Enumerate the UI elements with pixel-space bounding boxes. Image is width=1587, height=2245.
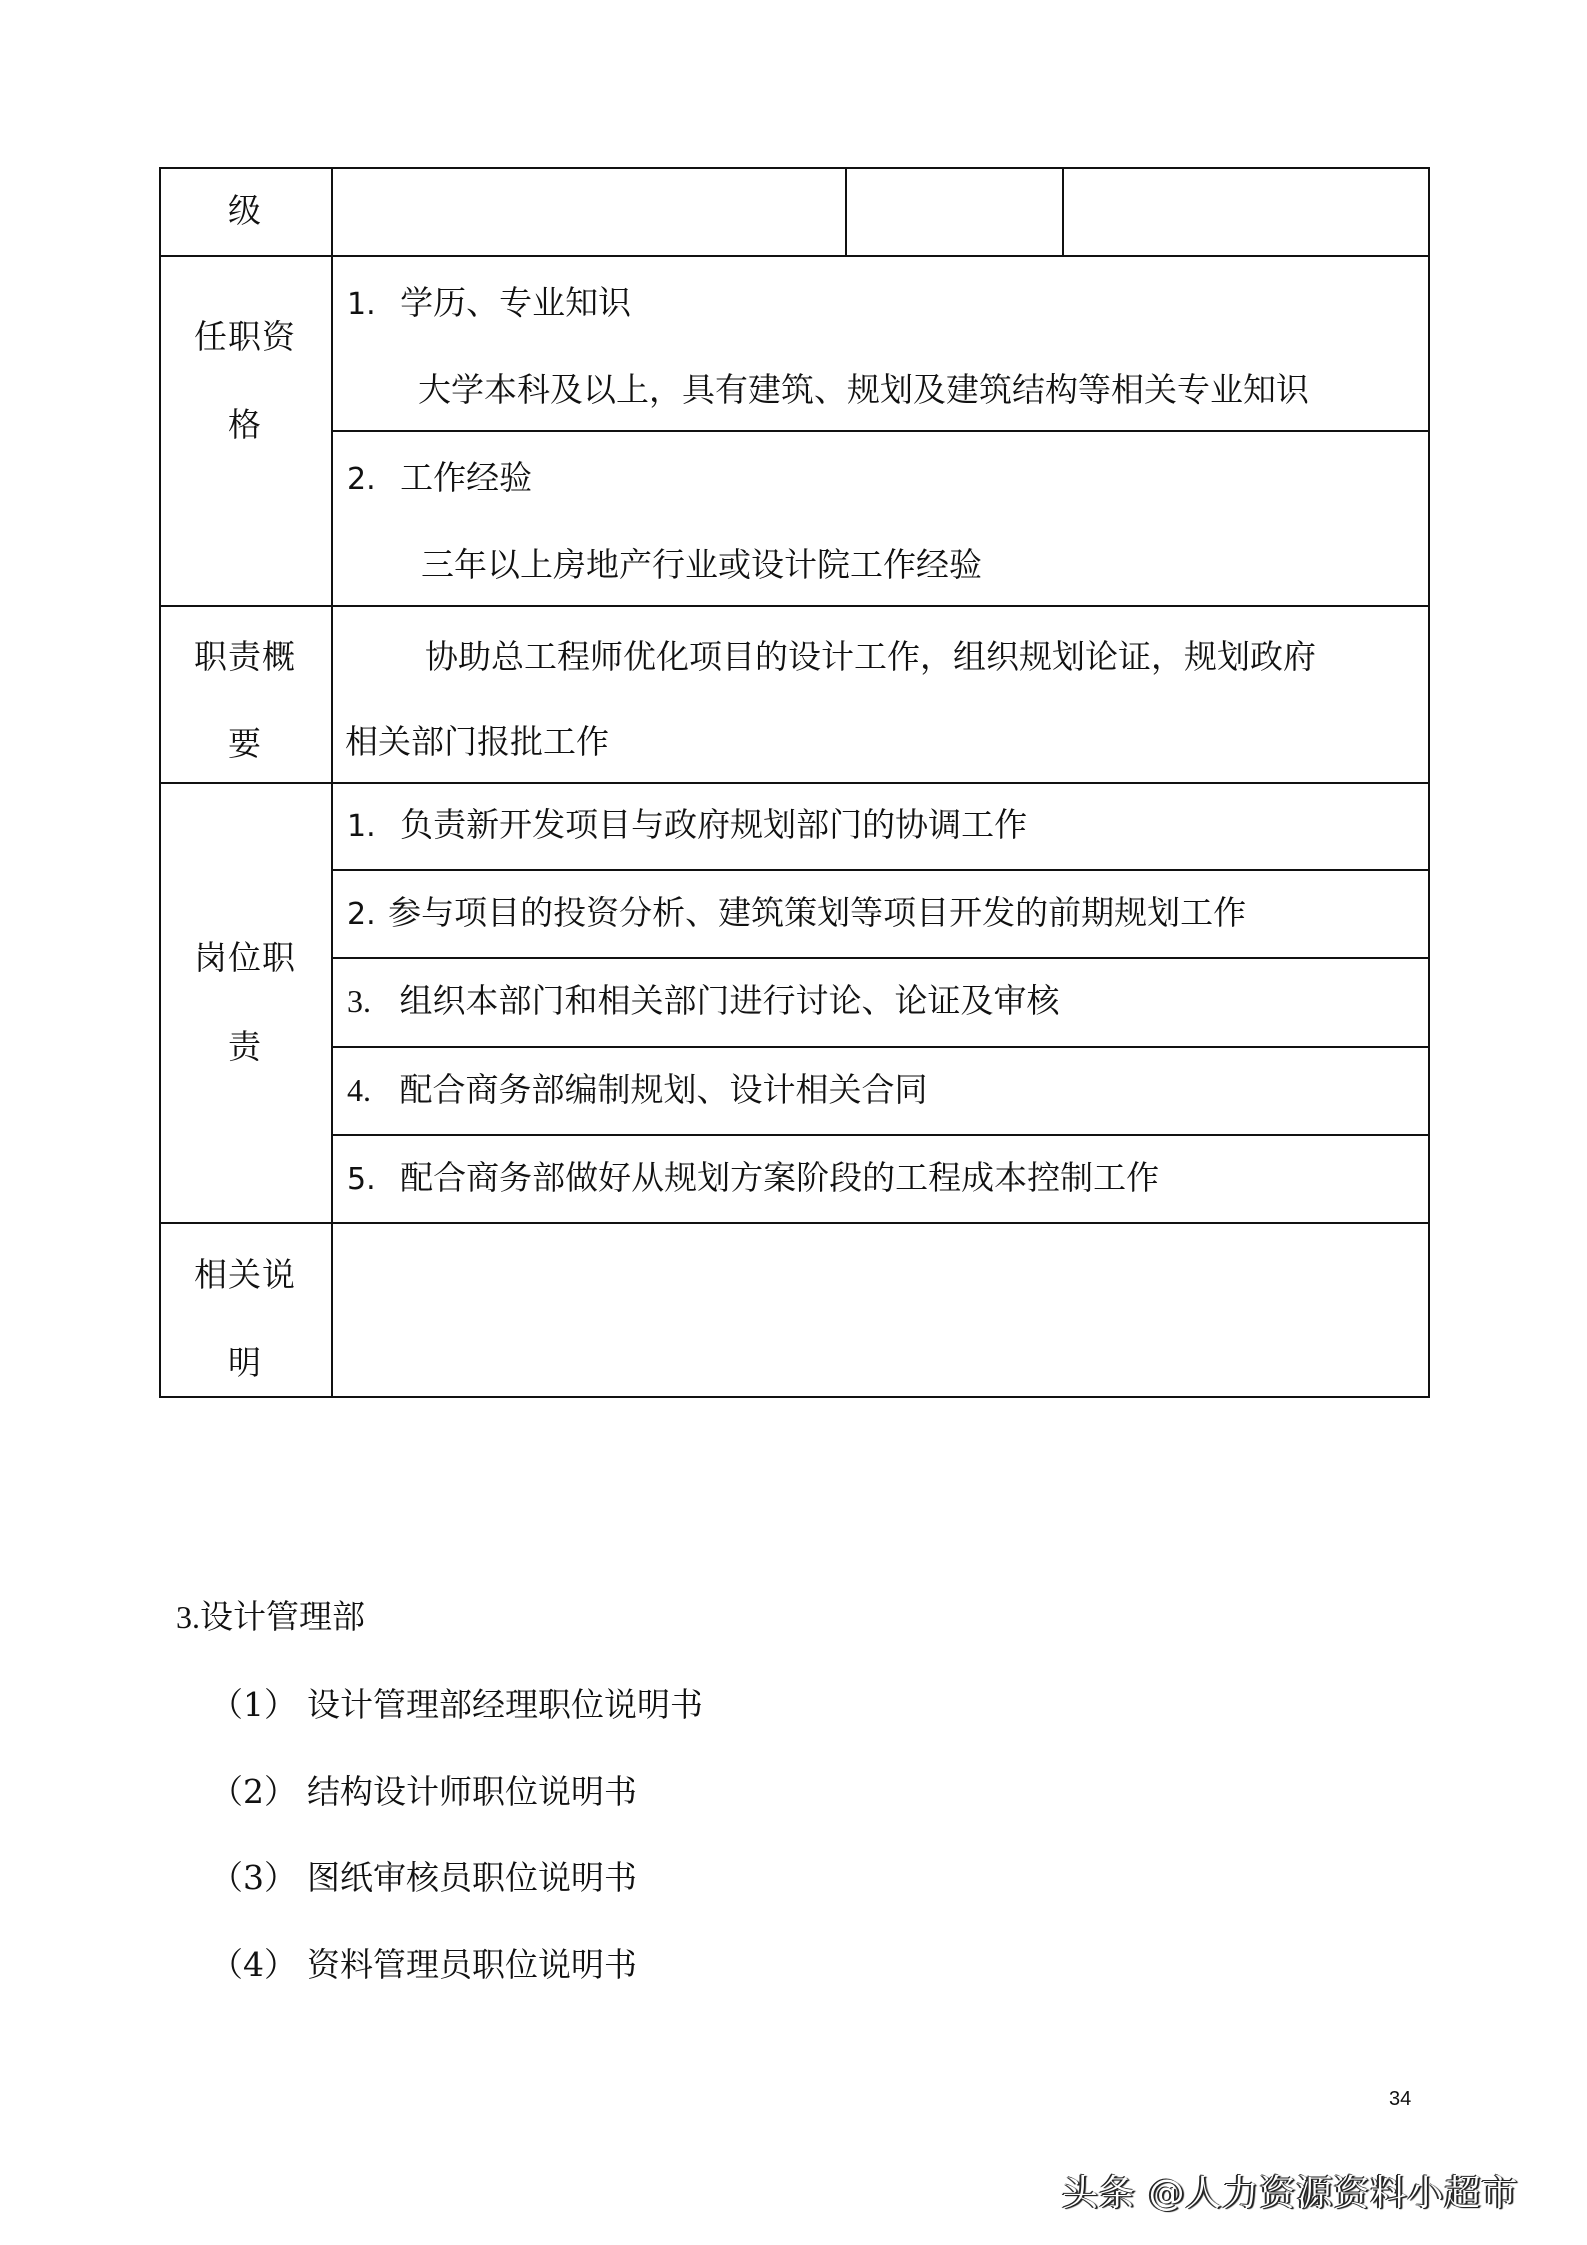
duty-item-5: 5. 配合商务部做好从规划方案阶段的工程成本控制工作	[347, 1158, 1159, 1200]
item-text: 参与项目的投资分析、建筑策划等项目开发的前期规划工作	[388, 893, 1246, 932]
item-text: 组织本部门和相关部门进行讨论、论证及审核	[400, 981, 1060, 1020]
row-line	[159, 605, 1430, 607]
section-number: 3.	[176, 1599, 200, 1635]
item-text: 配合商务部编制规划、设计相关合同	[400, 1070, 928, 1109]
item-number: 1.	[347, 809, 376, 844]
qualification-item-1-detail: 大学本科及以上，具有建筑、规划及建筑结构等相关专业知识	[418, 370, 1309, 410]
grade-label: 级	[159, 191, 331, 231]
item-number: （3）	[210, 1858, 307, 1898]
subrow-line	[331, 957, 1430, 959]
section-title: 设计管理部	[200, 1597, 365, 1636]
notes-label-line2: 明	[159, 1343, 331, 1383]
section-item-1: （1）设计管理部经理职位说明书	[210, 1685, 703, 1725]
item-number: 5.	[347, 1162, 376, 1197]
item-number: （2）	[210, 1772, 307, 1812]
section-item-4: （4）资料管理员职位说明书	[210, 1945, 637, 1985]
duty-item-4: 4. 配合商务部编制规划、设计相关合同	[347, 1070, 928, 1110]
item-number: 4.	[347, 1072, 371, 1108]
watermark: 头条 @人力资源资料小超市	[1062, 2170, 1518, 2218]
item-title: 学历、专业知识	[400, 283, 631, 322]
page-number: 34	[1389, 2086, 1411, 2112]
subrow-line	[331, 1046, 1430, 1048]
notes-label-line1: 相关说	[159, 1255, 331, 1295]
item-number: 2.	[347, 462, 376, 497]
section-item-3: （3）图纸审核员职位说明书	[210, 1858, 637, 1898]
duty-item-3: 3. 组织本部门和相关部门进行讨论、论证及审核	[347, 981, 1060, 1021]
duties-label-line1: 岗位职	[159, 938, 331, 978]
summary-text-line2: 相关部门报批工作	[345, 722, 609, 762]
item-text: 负责新开发项目与政府规划部门的协调工作	[400, 805, 1027, 844]
qualification-item-1-title: 1. 学历、专业知识	[347, 283, 631, 325]
item-text: 设计管理部经理职位说明书	[307, 1685, 703, 1724]
item-text: 图纸审核员职位说明书	[307, 1858, 637, 1897]
item-number: 1.	[347, 287, 376, 322]
duty-item-1: 1. 负责新开发项目与政府规划部门的协调工作	[347, 805, 1027, 847]
duties-label-line2: 责	[159, 1027, 331, 1067]
subrow-line	[331, 869, 1430, 871]
grade-value-cell	[333, 169, 845, 255]
grade-cell-2	[847, 169, 1062, 255]
qualification-label-line1: 任职资	[159, 317, 331, 357]
item-number: 2.	[347, 897, 376, 932]
subrow-line	[331, 1134, 1430, 1136]
section-heading: 3.设计管理部	[176, 1597, 365, 1637]
item-text: 配合商务部做好从规划方案阶段的工程成本控制工作	[400, 1158, 1159, 1197]
item-text: 结构设计师职位说明书	[307, 1772, 637, 1811]
item-number: （1）	[210, 1685, 307, 1725]
table-border-bottom	[159, 1396, 1430, 1398]
section-item-2: （2）结构设计师职位说明书	[210, 1772, 637, 1812]
summary-text-line1: 协助总工程师优化项目的设计工作，组织规划论证，规划政府	[425, 637, 1316, 677]
item-number: （4）	[210, 1945, 307, 1985]
qualification-label-line2: 格	[159, 405, 331, 445]
duty-item-2: 2. 参与项目的投资分析、建筑策划等项目开发的前期规划工作	[347, 893, 1246, 935]
subrow-line	[331, 430, 1430, 432]
row-line	[159, 255, 1430, 257]
job-description-table: 级 任职资 格 1. 学历、专业知识 大学本科及以上，具有建筑、规划及建筑结构等…	[159, 167, 1428, 1397]
qualification-item-2-detail: 三年以上房地产行业或设计院工作经验	[421, 545, 982, 585]
grade-cell-3	[1064, 169, 1428, 255]
item-text: 资料管理员职位说明书	[307, 1945, 637, 1984]
qualification-item-2-title: 2. 工作经验	[347, 458, 532, 500]
item-number: 3.	[347, 983, 371, 1019]
summary-label-line1: 职责概	[159, 637, 331, 677]
item-title: 工作经验	[400, 458, 532, 497]
notes-content-cell	[333, 1224, 1428, 1396]
row-line	[159, 782, 1430, 784]
summary-label-line2: 要	[159, 724, 331, 764]
